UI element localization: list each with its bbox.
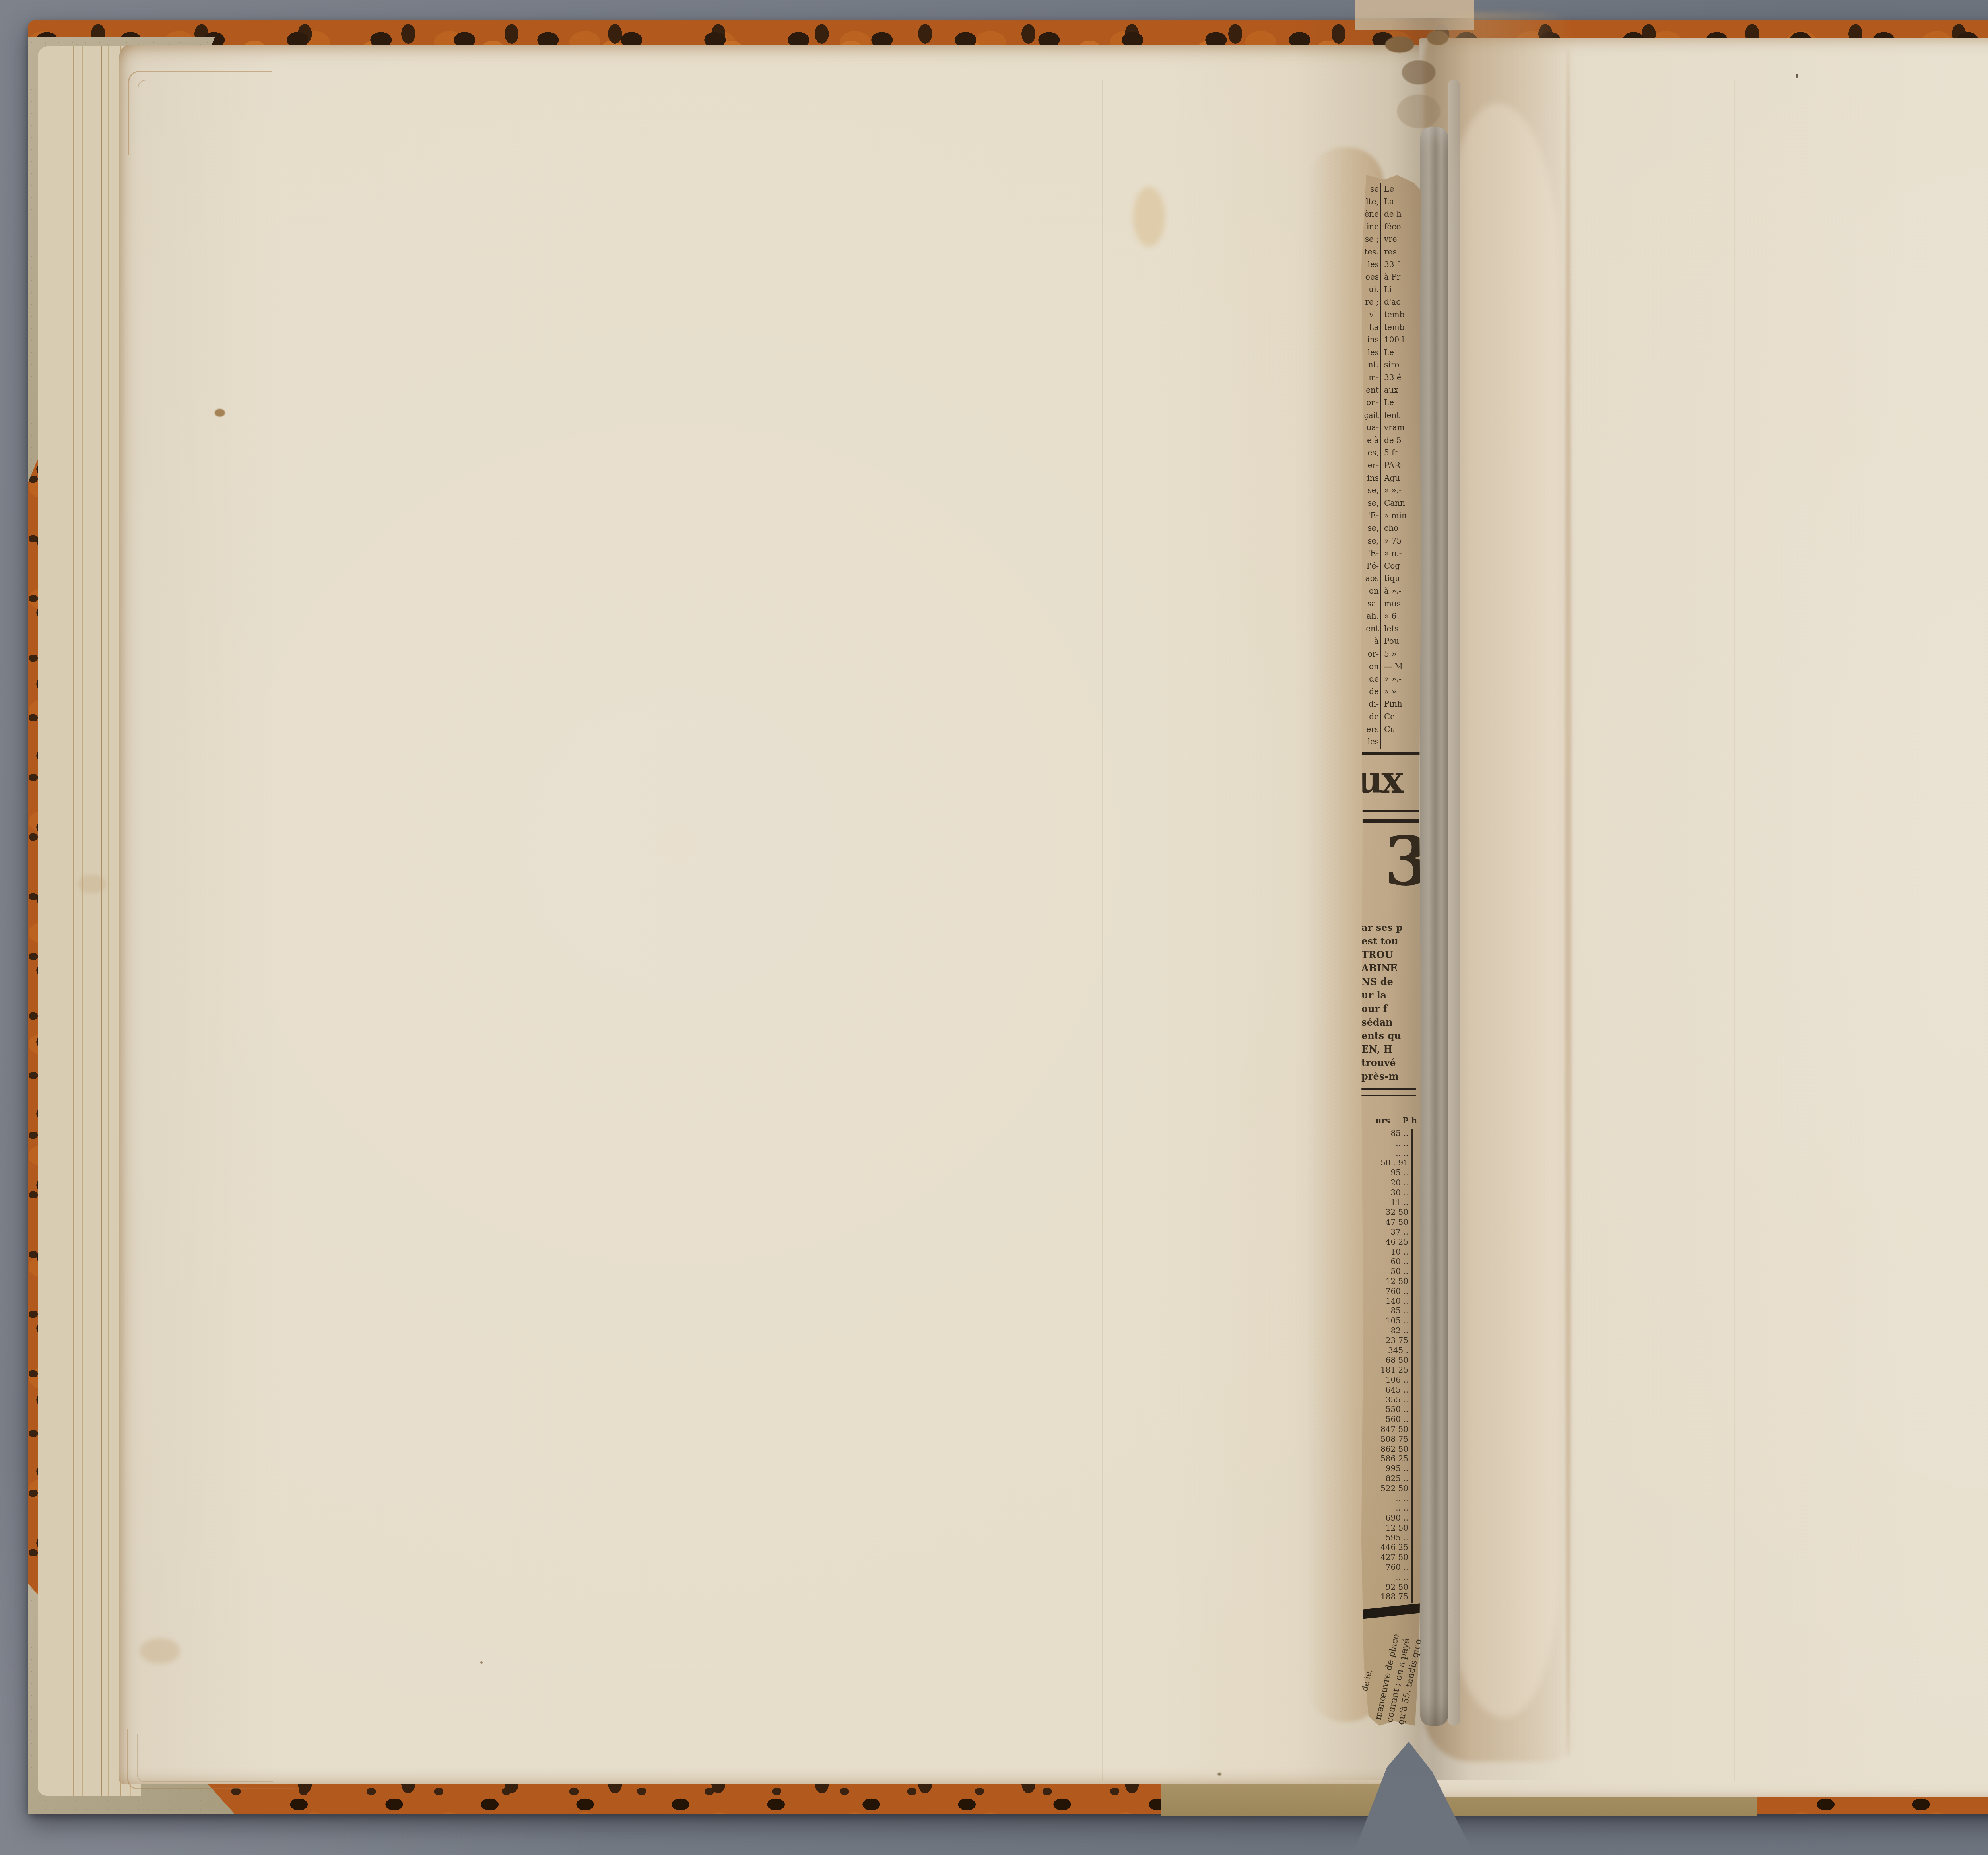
newsprint-fragment: de 5 [1384, 434, 1421, 447]
newsprint-fragment: » ».- [1384, 673, 1421, 686]
newsprint-fragment: or- [1361, 648, 1379, 660]
price-table-row: 690 .. [1361, 1513, 1408, 1523]
newsprint-fragment: Pinh [1384, 698, 1421, 711]
price-table-row: .. .. [1361, 1138, 1408, 1148]
price-table-row: 82 .. [1361, 1326, 1408, 1336]
newsprint-fragment: on [1361, 660, 1379, 673]
newsprint-fragment: de h [1384, 208, 1421, 221]
stain-smudge [140, 1638, 180, 1664]
price-table-row: .. .. [1361, 1503, 1408, 1513]
spine-head-torn-chip [1371, 22, 1466, 134]
price-table-row: 85 .. [1361, 1306, 1408, 1316]
newsprint-fragment: siro [1384, 359, 1421, 371]
price-table-row: 50 . 91 [1361, 1158, 1408, 1168]
newsprint-rule [1361, 752, 1421, 755]
newsprint-fragment: Le [1384, 396, 1421, 409]
newsprint-fragment: 33 f [1384, 258, 1421, 271]
price-table-row: 10 .. [1361, 1247, 1408, 1257]
newsprint-fragment: » 6 [1384, 610, 1421, 623]
price-table-row: 508 75 [1361, 1434, 1408, 1444]
price-table-row: 645 .. [1361, 1385, 1408, 1395]
newsprint-fragment: cho [1384, 522, 1421, 535]
price-table-row: 355 .. [1361, 1395, 1408, 1405]
newsprint-fragment: ents qu [1361, 1029, 1421, 1043]
newsprint-fragment: on- [1361, 396, 1379, 409]
newsprint-fragment: es, [1361, 447, 1379, 459]
newsprint-fragment: » 75 [1384, 535, 1421, 548]
price-table-row: 140 .. [1361, 1296, 1408, 1306]
newsprint-table-header: urs P h [1361, 1101, 1421, 1125]
newsprint-fragment: mus [1384, 598, 1421, 610]
newsprint-fragment: re ; [1361, 296, 1379, 309]
price-table-row: 522 50 [1361, 1484, 1408, 1494]
price-table-row: 550 .. [1361, 1404, 1408, 1414]
newsprint-fragment: temb [1384, 309, 1421, 321]
price-table-row: 446 25 [1361, 1542, 1408, 1552]
price-table-row: 345 . [1361, 1346, 1408, 1356]
newsprint-fragment: vram [1384, 422, 1421, 434]
gutter-stain-light-core [1447, 103, 1559, 1718]
price-table-row: 995 .. [1361, 1464, 1408, 1474]
newsprint-rule [1361, 1095, 1416, 1096]
page-corner-step-line [137, 1734, 273, 1782]
newsprint-fragment: ah. [1361, 610, 1379, 623]
newsprint-fragment: d'ac [1384, 296, 1421, 309]
newsprint-fragment: vi- [1361, 309, 1379, 321]
price-table-row: 825 .. [1361, 1474, 1408, 1484]
newsprint-fragment: féco [1384, 221, 1421, 233]
price-table-row: 23 75 [1361, 1336, 1408, 1346]
newsprint-fragment: tiqu [1384, 572, 1421, 585]
newsprint-price-table: 85 .... .... ..50 . 9195 ..20 ..30 ..11 … [1361, 1129, 1413, 1603]
price-table-row: 50 .. [1361, 1266, 1408, 1276]
newsprint-fragment: Cu [1384, 723, 1421, 736]
newsprint-fragment: on [1361, 585, 1379, 598]
price-table-row: 105 .. [1361, 1316, 1408, 1326]
price-table-row: 37 .. [1361, 1227, 1408, 1237]
newsprint-fragment: PARI [1384, 459, 1421, 472]
price-table-row: 95 .. [1361, 1168, 1408, 1178]
price-table-row: 862 50 [1361, 1444, 1408, 1454]
price-table-row: 586 25 [1361, 1454, 1408, 1464]
newsprint-fragment: ua- [1361, 422, 1379, 434]
newsprint-fragment: Li [1384, 284, 1421, 296]
newsprint-fragment: ur la [1361, 989, 1421, 1002]
newspaper-clipping-strip: selte,èneinese ;tes.lesoesui.re ;vi-Lain… [1361, 175, 1421, 1726]
price-table-row: 46 25 [1361, 1237, 1408, 1247]
newsprint-fragment: our f [1361, 1002, 1421, 1016]
price-table-row: 12 50 [1361, 1523, 1408, 1533]
price-table-row: 30 .. [1361, 1188, 1408, 1198]
newsprint-fragment: se, [1361, 535, 1379, 548]
newsprint-fragment: Le [1384, 346, 1421, 359]
newsprint-fragment: oes [1361, 271, 1379, 284]
newsprint-fragment: lets [1384, 623, 1421, 635]
newsprint-fragment: vre [1384, 233, 1421, 246]
newsprint-fragment: à [1361, 635, 1379, 648]
newsprint-fragment: les [1361, 346, 1379, 359]
newsprint-fragment: res [1384, 246, 1421, 258]
newsprint-fragment: 100 l [1384, 334, 1421, 346]
newsprint-fragment: ins [1361, 472, 1379, 485]
table-header-cours: urs [1361, 1116, 1390, 1125]
newsprint-fragment: — M [1384, 660, 1421, 673]
photo-backdrop: selte,èneinese ;tes.lesoesui.re ;vi-Lain… [0, 0, 1988, 1855]
newsprint-fragment: lent [1384, 409, 1421, 422]
newsprint-fragment: TROU [1361, 948, 1421, 961]
left-blank-page [119, 45, 1449, 1784]
newsprint-fragment: à ».- [1384, 585, 1421, 598]
newsprint-fragment: Agu [1384, 472, 1421, 485]
newsprint-fragment: 33 é [1384, 371, 1421, 384]
page-corner-step-line [138, 80, 258, 148]
price-table-row: 427 50 [1361, 1552, 1408, 1562]
newsprint-column-left: selte,èneinese ;tes.lesoesui.re ;vi-Lain… [1361, 183, 1379, 749]
newsprint-fragment: de [1361, 711, 1379, 723]
newsprint-fragment: aux [1384, 384, 1421, 397]
newsprint-fragment: de [1361, 673, 1379, 686]
newsprint-fragment: ers [1361, 723, 1379, 736]
newsprint-fragment: ine [1361, 221, 1379, 233]
newsprint-fragment: Le [1384, 183, 1421, 196]
ink-speck [1217, 1773, 1221, 1776]
newsprint-fragment: Cann [1384, 497, 1421, 510]
price-table-row: 47 50 [1361, 1217, 1408, 1227]
ink-speck [1796, 74, 1798, 78]
newsprint-fragment: se, [1361, 484, 1379, 497]
newsprint-fragment: se, [1361, 522, 1379, 535]
table-header-ph: P h [1390, 1116, 1421, 1125]
newsprint-fragment: Ce [1384, 711, 1421, 723]
newsprint-rule [1361, 1088, 1416, 1090]
newsprint-column-right: LeLade hfécovreres33 fà PrLid'actembtemb… [1380, 183, 1421, 749]
price-table-row: 85 .. [1361, 1129, 1408, 1138]
newsprint-fragment: l'é- [1361, 560, 1379, 573]
price-table-row: 32 50 [1361, 1207, 1408, 1217]
newsprint-fragment: ar ses p [1361, 921, 1421, 934]
newsprint-fragment: sédan [1361, 1016, 1421, 1029]
newsprint-fragment: à Pr [1384, 271, 1421, 284]
price-table-row: 11 .. [1361, 1198, 1408, 1208]
binding-guard-fold [1420, 127, 1448, 1726]
newsprint-fragment: NS de [1361, 975, 1421, 989]
ink-speck [480, 1661, 483, 1664]
stain-smudge [1133, 187, 1165, 247]
newsprint-fragment: er- [1361, 459, 1379, 472]
newsprint-fragment: EN, H [1361, 1043, 1421, 1056]
price-table-row: 181 25 [1361, 1365, 1408, 1375]
price-table-row: 20 .. [1361, 1178, 1408, 1188]
price-table-row: 106 .. [1361, 1375, 1408, 1385]
newsprint-body-fragments: ar ses pest touTROUABINENS deur laour fs… [1361, 921, 1421, 1088]
newsprint-fragment: ABINE [1361, 961, 1421, 975]
newsprint-fragment: se ; [1361, 233, 1379, 246]
newsprint-two-columns: selte,èneinese ;tes.lesoesui.re ;vi-Lain… [1361, 183, 1421, 749]
binding-guard-highlight [1448, 80, 1460, 1726]
newsprint-fragment: temb [1384, 321, 1421, 334]
newsprint-fragment: ins [1361, 334, 1379, 346]
newsprint-fragment: e à [1361, 434, 1379, 447]
price-table-row: 760 .. [1361, 1562, 1408, 1572]
newsprint-fragment: 'E- [1361, 509, 1379, 522]
price-table-row: 847 50 [1361, 1424, 1408, 1434]
price-table-row: 760 .. [1361, 1286, 1408, 1296]
price-table-row: 92 50 [1361, 1582, 1408, 1592]
price-table-row: 188 75 [1361, 1592, 1408, 1602]
price-table-row: .. .. [1361, 1572, 1408, 1582]
newsprint-fragment: La [1384, 196, 1421, 208]
newsprint-fragment: » min [1384, 509, 1421, 522]
newsprint-fragment: les [1361, 736, 1379, 748]
price-table-row: 60 .. [1361, 1257, 1408, 1266]
newsprint-fragment: de [1361, 686, 1379, 698]
newsprint-fragment: ui. [1361, 284, 1379, 296]
newsprint-fragment: » » [1384, 686, 1421, 698]
newsprint-fragment: aos [1361, 572, 1379, 585]
foxing-spot [215, 409, 225, 417]
newsprint-rule [1361, 810, 1421, 812]
newsprint-fragment: Pou [1384, 635, 1421, 648]
newsprint-fragment: se, [1361, 497, 1379, 510]
price-table-row: .. .. [1361, 1493, 1408, 1503]
newsprint-fragment: tes. [1361, 246, 1379, 258]
newsprint-fragment: La [1361, 321, 1379, 334]
price-table-row: 560 .. [1361, 1414, 1408, 1424]
newsprint-fragment: les [1361, 258, 1379, 271]
newsprint-fragment: nt. [1361, 359, 1379, 371]
newsprint-fragment: » n.- [1384, 547, 1421, 560]
price-table-row: 595 .. [1361, 1533, 1408, 1543]
newsprint-fragment: est tou [1361, 934, 1421, 948]
newsprint-fragment: trouvé [1361, 1056, 1421, 1070]
newsprint-fragment: » ».- [1384, 484, 1421, 497]
newsprint-fragment: 5 » [1384, 648, 1421, 660]
newsprint-fragment: près-m [1361, 1070, 1421, 1083]
price-table-row: 68 50 [1361, 1355, 1408, 1365]
price-table-row: 12 50 [1361, 1276, 1408, 1286]
open-album [28, 20, 1988, 1814]
newsprint-fragment: Cog [1384, 560, 1421, 573]
newsprint-fragment: 5 fr [1384, 447, 1421, 459]
newsprint-fragment: de [1361, 748, 1379, 749]
newsprint-fragment: 'E- [1361, 547, 1379, 560]
newsprint-fragment: m- [1361, 371, 1379, 384]
left-page-crease [1102, 80, 1103, 1781]
stain-smudge [78, 875, 106, 893]
newsprint-fragment: çait [1361, 409, 1379, 422]
newsprint-headline-fragment: ux B [1356, 758, 1415, 808]
newsprint-fragment: di- [1361, 698, 1379, 711]
newsprint-fragment: ent [1361, 623, 1379, 635]
stain-tide-line [1565, 48, 1571, 1758]
right-page-crease [1734, 80, 1735, 1781]
price-table-row: .. .. [1361, 1148, 1408, 1158]
newsprint-fragment: ent [1361, 384, 1379, 397]
newsprint-fragment: sa- [1361, 598, 1379, 610]
